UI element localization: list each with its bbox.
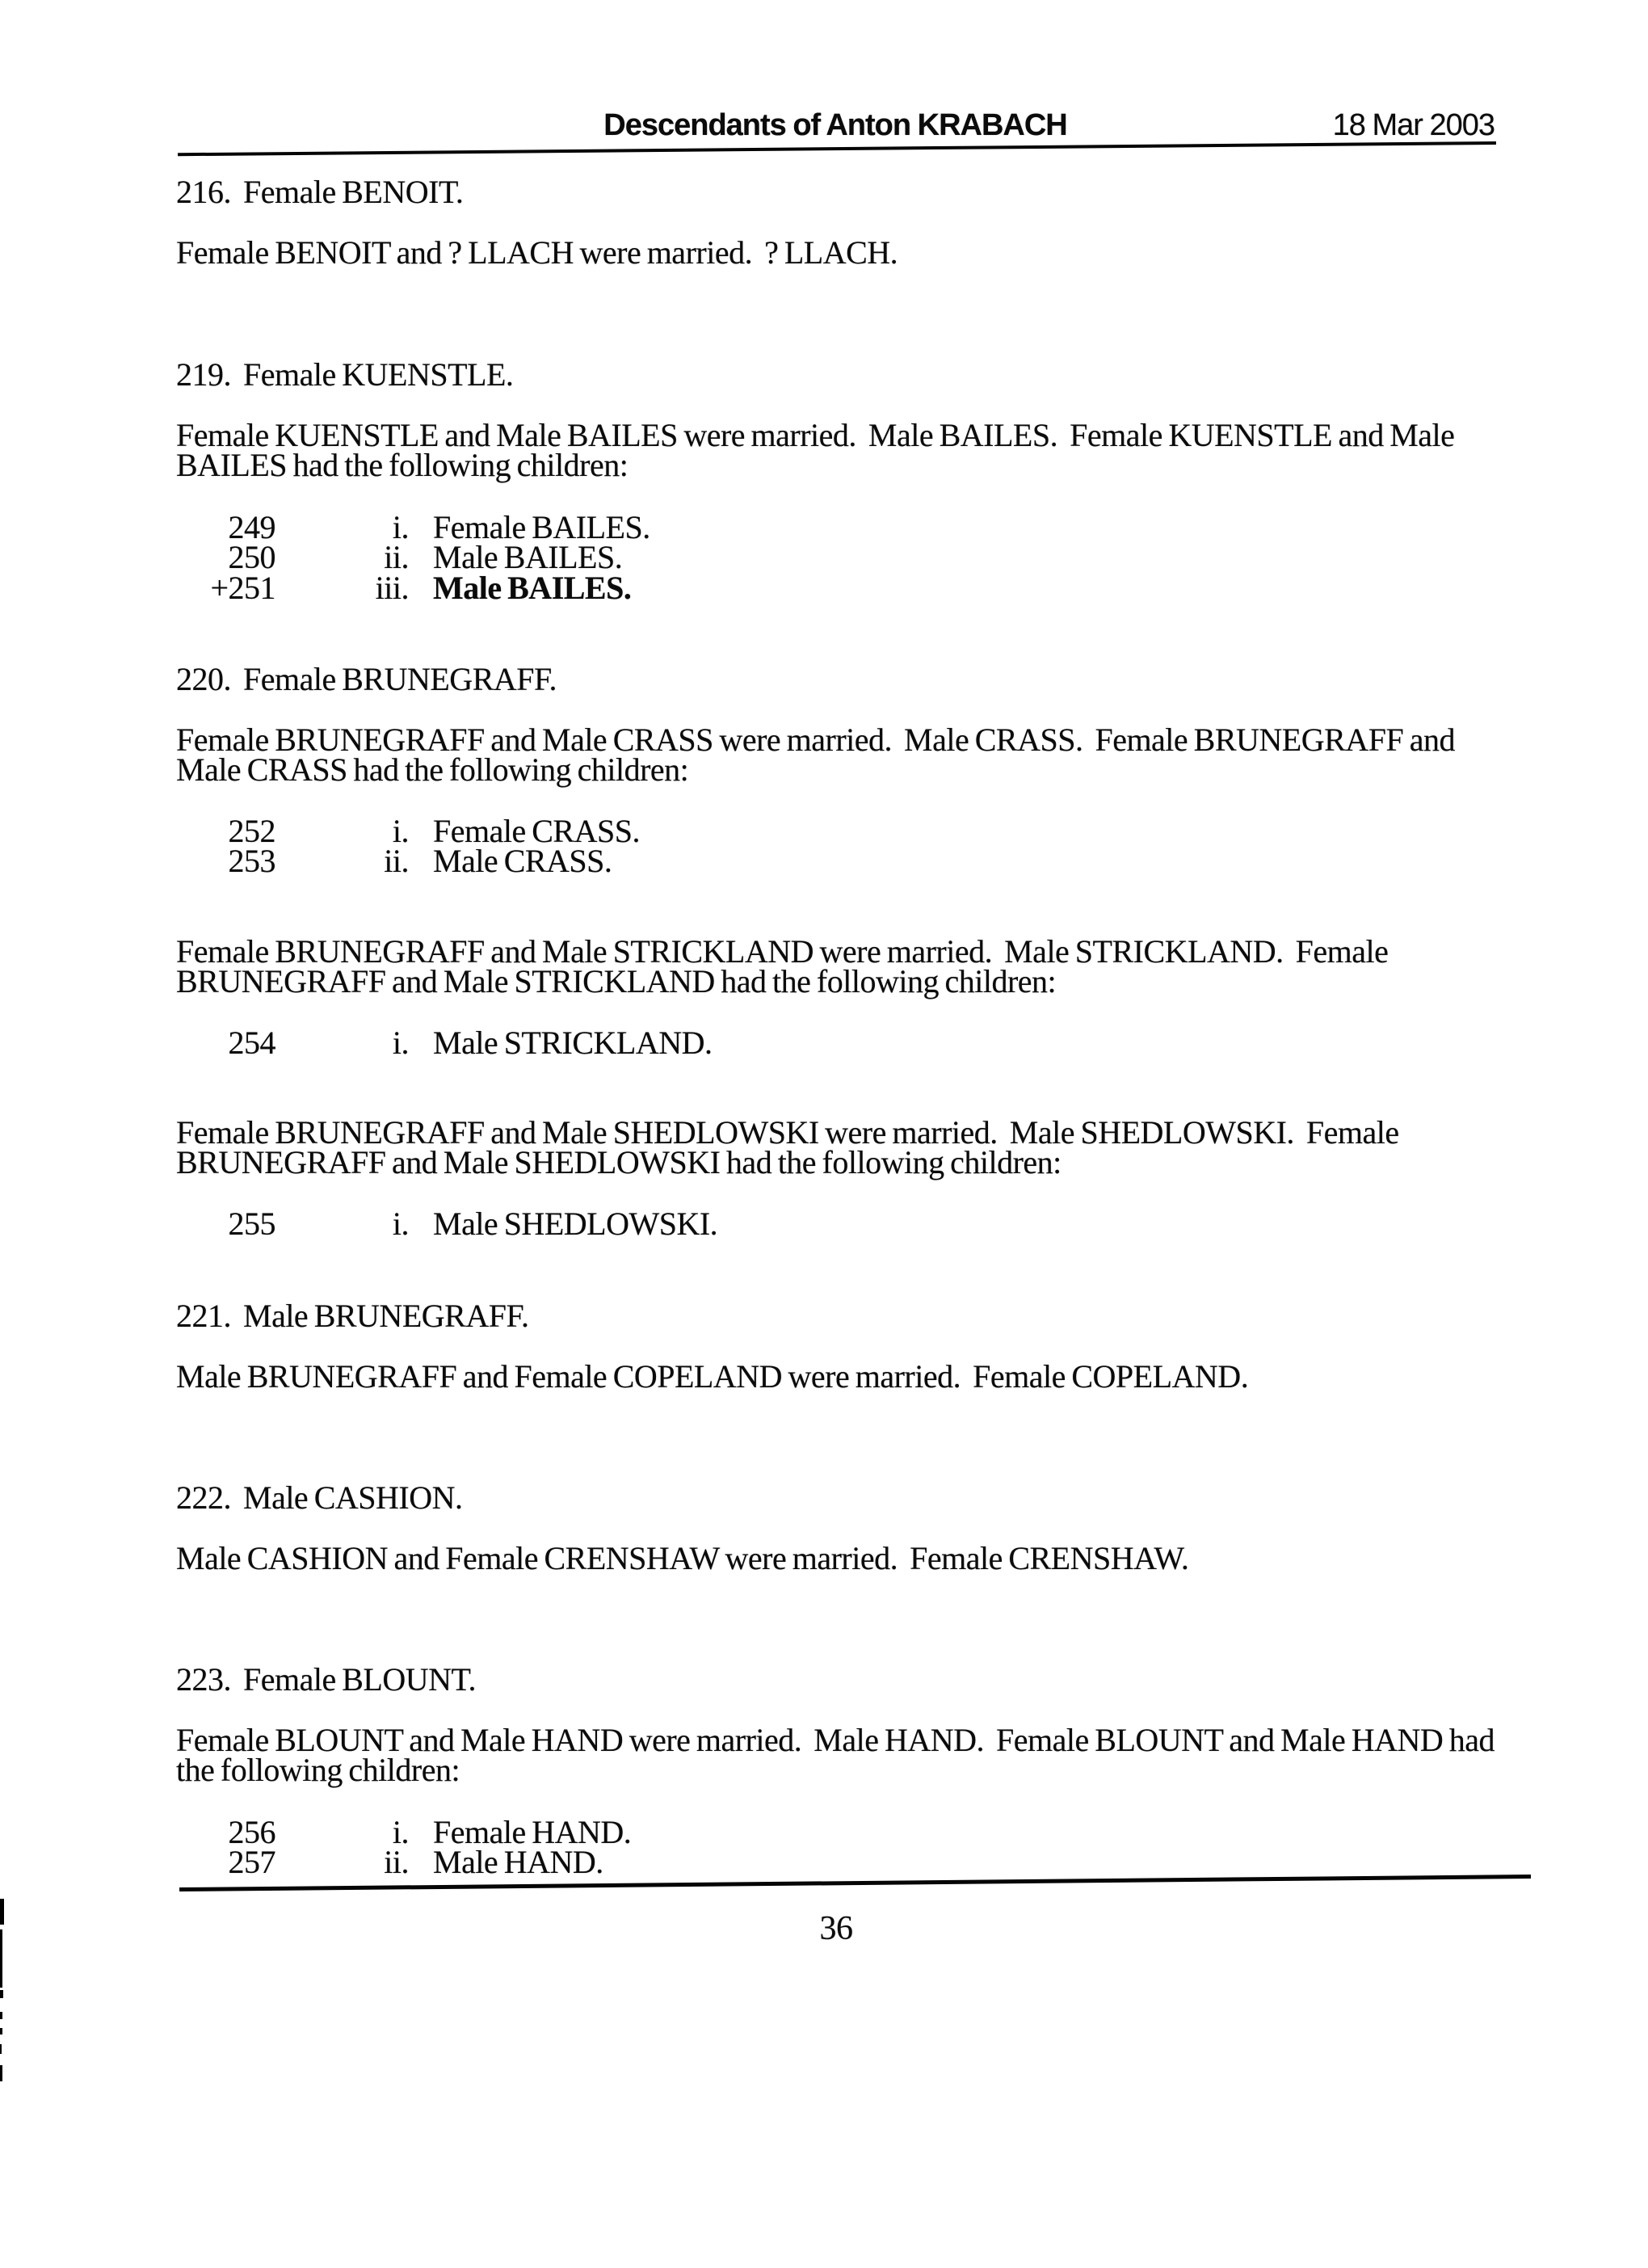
section-heading-223: 223. Female BLOUNT.: [176, 1664, 476, 1696]
child-roman: i.: [275, 1027, 409, 1059]
child-name: Male HAND.: [433, 1846, 603, 1879]
paragraph-line: Male CRASS had the following children:: [176, 754, 688, 786]
child-roman: i.: [275, 1208, 409, 1240]
section-heading-220: 220. Female BRUNEGRAFF.: [176, 663, 557, 696]
header-date: 18 Mar 2003: [1212, 108, 1495, 142]
child-row: +251iii.Male BAILES.: [121, 572, 1091, 603]
child-name: Male BAILES.: [433, 572, 631, 604]
paragraph-line: BRUNEGRAFF and Male SHEDLOWSKI had the f…: [176, 1147, 1062, 1179]
child-row: 249i.Female BAILES.: [121, 511, 1091, 542]
page-number: 36: [788, 1909, 885, 1948]
paragraph-line: Male CASHION and Female CRENSHAW were ma…: [176, 1542, 1188, 1575]
section-heading-216: 216. Female BENOIT.: [176, 176, 463, 208]
child-row: 256i.Female HAND.: [121, 1816, 1091, 1847]
child-number: 257: [121, 1846, 275, 1879]
header-rule: [178, 141, 1496, 156]
child-roman: ii.: [275, 1846, 409, 1879]
paragraph-line: Male BRUNEGRAFF and Female COPELAND were…: [176, 1361, 1248, 1393]
scan-artifact: [0, 1990, 3, 1998]
scan-artifact: [0, 2065, 2, 2081]
child-row: 254i.Male STRICKLAND.: [121, 1027, 1091, 1058]
child-number: +251: [121, 572, 275, 604]
child-roman: iii.: [275, 572, 409, 604]
scan-artifact: [0, 2012, 2, 2019]
child-number: 254: [121, 1027, 275, 1059]
child-number: 253: [121, 845, 275, 877]
child-number: 250: [121, 541, 275, 574]
child-roman: ii.: [275, 845, 409, 877]
child-row: 255i.Male SHEDLOWSKI.: [121, 1208, 1091, 1239]
child-number: 255: [121, 1208, 275, 1240]
child-row: 257ii.Male HAND.: [121, 1846, 1091, 1877]
child-row: 252i.Female CRASS.: [121, 815, 1091, 846]
child-name: Male STRICKLAND.: [433, 1027, 713, 1059]
child-row: 253ii.Male CRASS.: [121, 845, 1091, 876]
scan-artifact: [0, 1929, 2, 1988]
scan-artifact: [0, 2028, 2, 2034]
paragraph-line: Female BENOIT and ? LLACH were married. …: [176, 237, 898, 269]
scan-artifact: [0, 2044, 2, 2054]
paragraph-line: BRUNEGRAFF and Male STRICKLAND had the f…: [176, 966, 1056, 998]
child-name: Male SHEDLOWSKI.: [433, 1208, 717, 1240]
section-heading-221: 221. Male BRUNEGRAFF.: [176, 1300, 529, 1332]
child-name: Male CRASS.: [433, 845, 612, 877]
section-heading-219: 219. Female KUENSTLE.: [176, 359, 513, 391]
child-roman: ii.: [275, 541, 409, 574]
child-name: Male BAILES.: [433, 541, 622, 574]
paragraph-line: BAILES had the following children:: [176, 449, 628, 482]
child-row: 250ii.Male BAILES.: [121, 541, 1091, 572]
section-heading-222: 222. Male CASHION.: [176, 1482, 462, 1514]
paragraph-line: the following children:: [176, 1754, 460, 1786]
document-page: Descendants of Anton KRABACH 18 Mar 2003…: [0, 0, 1648, 2268]
scan-artifact: [0, 1899, 4, 1925]
